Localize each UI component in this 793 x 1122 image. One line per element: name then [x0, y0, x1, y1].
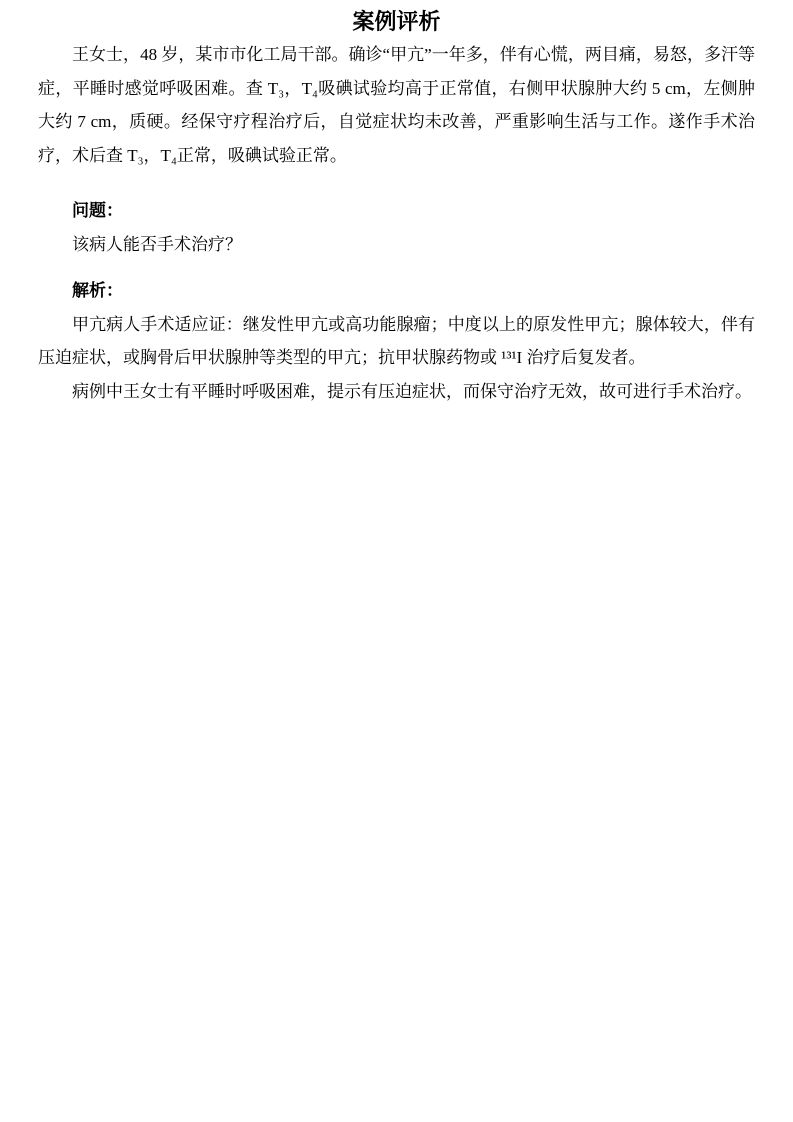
analysis-paragraph-2: 病例中王女士有平睡时呼吸困难，提示有压迫症状，而保守治疗无效，故可进行手术治疗。	[38, 375, 755, 409]
document-page: 案例评析 王女士，48 岁，某市市化工局干部。确诊“甲亢”一年多，伴有心慌，两目…	[0, 0, 793, 1122]
document-title: 案例评析	[38, 6, 755, 38]
question-text: 该病人能否手术治疗？	[38, 228, 755, 262]
case-description-paragraph: 王女士，48 岁，某市市化工局干部。确诊“甲亢”一年多，伴有心慌，两目痛，易怒，…	[38, 38, 755, 172]
question-heading: 问题：	[38, 194, 755, 228]
analysis-paragraph-1: 甲亢病人手术适应证：继发性甲亢或高功能腺瘤；中度以上的原发性甲亢；腺体较大，伴有…	[38, 308, 755, 375]
analysis-heading: 解析：	[38, 274, 755, 308]
